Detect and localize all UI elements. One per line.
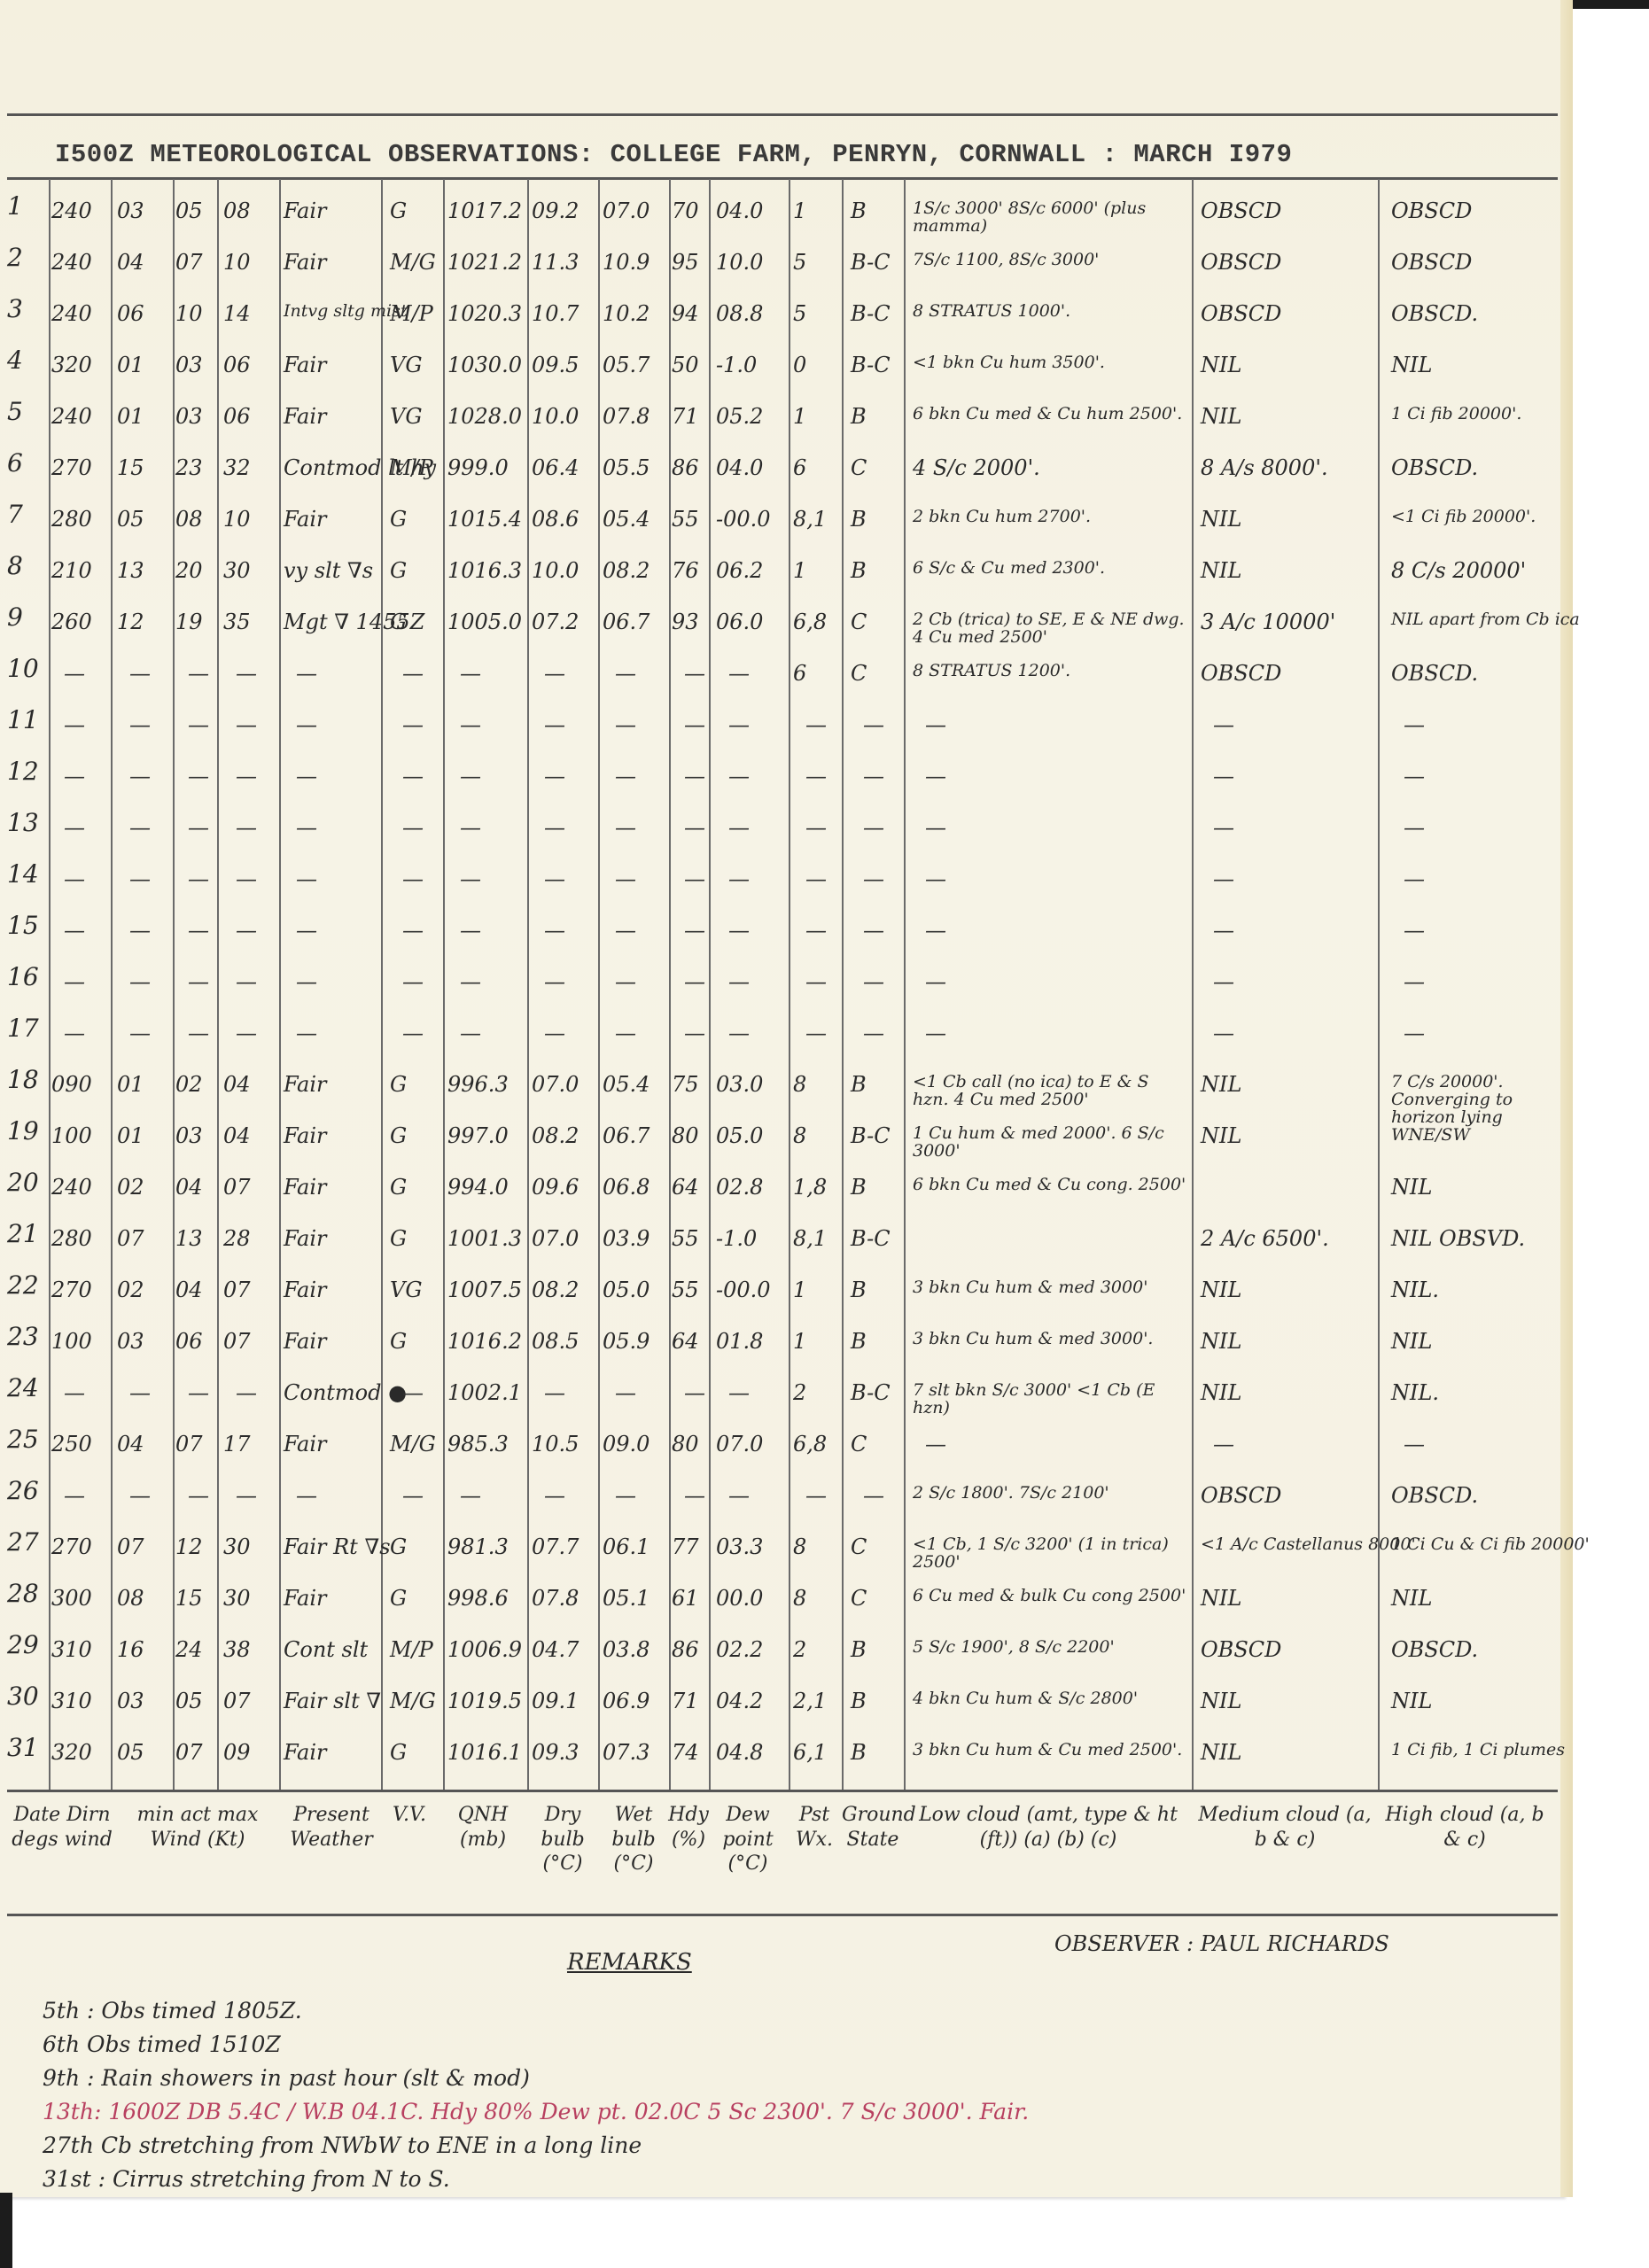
cell-med: NIL — [1201, 354, 1241, 377]
cell-dry: 08.6 — [532, 509, 579, 531]
cell-vv: G — [390, 1742, 407, 1764]
cell-dry: 07.0 — [532, 1074, 579, 1096]
cell-wet: 06.8 — [603, 1177, 649, 1199]
cell-high: NIL apart from Cb ica — [1391, 611, 1551, 629]
cell-max: 30 — [223, 560, 251, 582]
remark-line: 5th : Obs timed 1805Z. — [43, 1998, 302, 2023]
row-day: 9 — [7, 602, 43, 632]
cell-wet: 06.7 — [603, 1125, 649, 1147]
column-header-wind: min act max Wind (Kt) — [113, 1803, 282, 1852]
cell-pst: 8 — [793, 1588, 806, 1610]
cell-wx: Intvg sltg mist — [284, 303, 407, 321]
cell-hdy: 61 — [672, 1588, 699, 1610]
cell-act: — — [188, 1022, 209, 1045]
column-rule — [789, 179, 790, 1791]
cell-med: OBSCD — [1201, 200, 1281, 222]
cell-med: NIL — [1201, 1382, 1241, 1404]
cell-low: 2 S/c 1800'. 7S/c 2100' — [913, 1485, 1109, 1503]
column-rule — [443, 179, 445, 1791]
cell-dew: 06.2 — [716, 560, 763, 582]
column-rule — [527, 179, 529, 1791]
row-day: 12 — [7, 757, 43, 786]
cell-med: — — [1213, 1433, 1234, 1456]
cell-wet: 05.9 — [603, 1331, 649, 1353]
cell-hdy: 71 — [672, 406, 699, 428]
cell-vv: VG — [390, 406, 423, 428]
cell-dew: — — [728, 714, 750, 736]
cell-dry: 10.5 — [532, 1433, 579, 1456]
cell-high: OBSCD. — [1391, 1485, 1478, 1507]
cell-low: — — [925, 868, 946, 890]
cell-wet: 05.4 — [603, 509, 649, 531]
cell-min: — — [129, 868, 151, 890]
cell-high: 7 C/s 20000'. Converging to horizon lyin… — [1391, 1074, 1551, 1145]
cell-vv: M/G — [390, 252, 436, 274]
cell-med: OBSCD — [1201, 1639, 1281, 1661]
cell-min: — — [129, 920, 151, 942]
cell-vv: — — [402, 817, 424, 839]
cell-qnh: 1001.3 — [447, 1228, 522, 1250]
cell-wx: Fair — [284, 1125, 326, 1147]
cell-qnh: 999.0 — [447, 457, 509, 479]
cell-wx: Fair Rt ∇s — [284, 1536, 391, 1558]
cell-gs: — — [863, 868, 884, 890]
cell-dew: — — [728, 765, 750, 788]
cell-vv: — — [402, 868, 424, 890]
cell-gs: B-C — [851, 303, 891, 325]
cell-gs: C — [851, 611, 867, 633]
cell-max: 07 — [223, 1331, 251, 1353]
top-rule — [7, 113, 1558, 116]
scan-border-bottom — [0, 2193, 12, 2268]
cell-act: — — [188, 1382, 209, 1404]
cell-dry: 09.2 — [532, 200, 579, 222]
cell-vv: G — [390, 1228, 407, 1250]
column-rule — [49, 179, 51, 1791]
cell-wet: 05.4 — [603, 1074, 649, 1096]
cell-hdy: — — [684, 868, 705, 890]
cell-act: 08 — [175, 509, 203, 531]
cell-dew: 05.2 — [716, 406, 763, 428]
cell-high: NIL OBSVD. — [1391, 1228, 1525, 1250]
cell-pst: 6,8 — [793, 611, 827, 633]
cell-wet: — — [615, 714, 636, 736]
column-rule — [709, 179, 711, 1791]
cell-med: NIL — [1201, 1690, 1241, 1713]
column-header-low: Low cloud (amt, type & ht (ft)) (a) (b) … — [907, 1803, 1189, 1852]
cell-qnh: 1016.1 — [447, 1742, 522, 1764]
cell-med: OBSCD — [1201, 252, 1281, 274]
row-day: 18 — [7, 1065, 43, 1094]
remark-line: 9th : Rain showers in past hour (slt & m… — [43, 2065, 530, 2091]
cell-wx: Fair — [284, 1228, 326, 1250]
cell-qnh: 1005.0 — [447, 611, 522, 633]
cell-gs: B — [851, 200, 867, 222]
cell-dir: — — [64, 714, 85, 736]
cell-act: — — [188, 920, 209, 942]
cell-hdy: — — [684, 1485, 705, 1507]
cell-max: 17 — [223, 1433, 251, 1456]
cell-max: 04 — [223, 1125, 251, 1147]
cell-qnh: 981.3 — [447, 1536, 509, 1558]
row-day: 28 — [7, 1579, 43, 1608]
cell-min: — — [129, 1382, 151, 1404]
cell-min: 07 — [117, 1228, 144, 1250]
cell-vv: G — [390, 1074, 407, 1096]
cell-act: 12 — [175, 1536, 203, 1558]
cell-dew: — — [728, 971, 750, 993]
cell-act: — — [188, 663, 209, 685]
cell-gs: B-C — [851, 1125, 891, 1147]
cell-dir: 320 — [51, 1742, 92, 1764]
cell-wx: Fair — [284, 1588, 326, 1610]
cell-act: — — [188, 868, 209, 890]
cell-med: NIL — [1201, 406, 1241, 428]
column-rule — [111, 179, 113, 1791]
remark-line: 27th Cb stretching from NWbW to ENE in a… — [43, 2132, 642, 2158]
cell-vv: — — [402, 971, 424, 993]
column-header-qnh: QNH (mb) — [443, 1803, 523, 1852]
cell-wet: — — [615, 868, 636, 890]
cell-wet: 05.7 — [603, 354, 649, 377]
cell-wx: Fair — [284, 1177, 326, 1199]
cell-dew: — — [728, 920, 750, 942]
cell-min: 01 — [117, 1074, 144, 1096]
cell-high: NIL. — [1391, 1382, 1439, 1404]
cell-max: 08 — [223, 200, 251, 222]
cell-dew: 02.2 — [716, 1639, 763, 1661]
cell-max: 07 — [223, 1279, 251, 1301]
row-day: 25 — [7, 1425, 43, 1454]
column-rule — [1192, 179, 1194, 1791]
cell-min: 08 — [117, 1588, 144, 1610]
column-header-hdy: Hdy (%) — [668, 1803, 709, 1852]
cell-wet: 06.9 — [603, 1690, 649, 1713]
cell-min: — — [129, 765, 151, 788]
cell-hdy: 70 — [672, 200, 699, 222]
cell-min: — — [129, 971, 151, 993]
row-day: 6 — [7, 448, 43, 478]
cell-hdy: — — [684, 663, 705, 685]
cell-max: — — [236, 971, 257, 993]
cell-low: 3 bkn Cu hum & med 3000'. — [913, 1331, 1153, 1348]
cell-low: 1 Cu hum & med 2000'. 6 S/c 3000' — [913, 1125, 1187, 1161]
cell-gs: B — [851, 1639, 867, 1661]
remark-line: 6th Obs timed 1510Z — [43, 2031, 281, 2057]
cell-med: — — [1213, 920, 1234, 942]
cell-med: NIL — [1201, 1331, 1241, 1353]
cell-min: 03 — [117, 200, 144, 222]
row-day: 19 — [7, 1116, 43, 1146]
cell-wet: — — [615, 920, 636, 942]
cell-wet: — — [615, 1485, 636, 1507]
cell-vv: — — [402, 714, 424, 736]
cell-dir: — — [64, 765, 85, 788]
cell-act: 05 — [175, 1690, 203, 1713]
cell-min: 15 — [117, 457, 144, 479]
cell-dew: 04.2 — [716, 1690, 763, 1713]
cell-med: — — [1213, 714, 1234, 736]
cell-wet: 10.9 — [603, 252, 649, 274]
cell-max: 30 — [223, 1588, 251, 1610]
cell-pst: — — [805, 817, 827, 839]
cell-hdy: 55 — [672, 1279, 699, 1301]
cell-dew: 10.0 — [716, 252, 763, 274]
cell-act: 05 — [175, 200, 203, 222]
column-header-high: High cloud (a, b & c) — [1381, 1803, 1549, 1852]
cell-dry: 08.2 — [532, 1279, 579, 1301]
cell-med: OBSCD — [1201, 663, 1281, 685]
cell-low: 2 Cb (trica) to SE, E & NE dwg. 4 Cu med… — [913, 611, 1187, 647]
cell-pst: 0 — [793, 354, 806, 377]
cell-max: — — [236, 920, 257, 942]
row-day: 1 — [7, 191, 43, 221]
cell-wet: 05.5 — [603, 457, 649, 479]
cell-gs: C — [851, 457, 867, 479]
cell-low: 3 bkn Cu hum & Cu med 2500'. — [913, 1742, 1182, 1759]
cell-qnh: — — [460, 714, 481, 736]
cell-qnh: 1028.0 — [447, 406, 522, 428]
cell-wx: Fair — [284, 1742, 326, 1764]
observer-name: OBSERVER : PAUL RICHARDS — [1054, 1931, 1389, 1956]
column-header-ground: Ground State — [842, 1803, 904, 1852]
cell-dir: — — [64, 1485, 85, 1507]
cell-qnh: 1015.4 — [447, 509, 522, 531]
cell-max: 32 — [223, 457, 251, 479]
cell-dir: — — [64, 1382, 85, 1404]
cell-wx: — — [296, 1485, 317, 1507]
cell-low: 4 bkn Cu hum & S/c 2800' — [913, 1690, 1138, 1708]
cell-qnh: — — [460, 765, 481, 788]
cell-low: 6 S/c & Cu med 2300'. — [913, 560, 1105, 578]
cell-max: — — [236, 868, 257, 890]
cell-dry: — — [544, 663, 565, 685]
row-day: 24 — [7, 1373, 43, 1402]
cell-hdy: 93 — [672, 611, 699, 633]
cell-dry: — — [544, 920, 565, 942]
cell-gs: C — [851, 663, 867, 685]
cell-min: — — [129, 714, 151, 736]
cell-gs: — — [863, 971, 884, 993]
cell-min: 03 — [117, 1331, 144, 1353]
cell-dry: 04.7 — [532, 1639, 579, 1661]
cell-qnh: 996.3 — [447, 1074, 509, 1096]
cell-med: <1 A/c Castellanus 8000' — [1201, 1536, 1378, 1554]
row-day: 23 — [7, 1322, 43, 1351]
cell-high: <1 Ci fib 20000'. — [1391, 509, 1536, 526]
cell-vv: — — [402, 663, 424, 685]
cell-dry: 10.0 — [532, 560, 579, 582]
cell-gs: B — [851, 1279, 867, 1301]
cell-pst: 5 — [793, 252, 806, 274]
cell-pst: 1,8 — [793, 1177, 827, 1199]
cell-pst: 2,1 — [793, 1690, 827, 1713]
cell-hdy: — — [684, 1022, 705, 1045]
cell-pst: 6,1 — [793, 1742, 827, 1764]
cell-qnh: 1017.2 — [447, 200, 522, 222]
cell-hdy: 86 — [672, 1639, 699, 1661]
cell-max: — — [236, 765, 257, 788]
cell-med: OBSCD — [1201, 1485, 1281, 1507]
cell-high: NIL — [1391, 1588, 1432, 1610]
observation-sheet: I500Z METEOROLOGICAL OBSERVATIONS: COLLE… — [0, 0, 1564, 2197]
row-day: 4 — [7, 346, 43, 375]
cell-high: NIL — [1391, 354, 1432, 377]
cell-high: — — [1404, 817, 1425, 839]
cell-act: 03 — [175, 354, 203, 377]
cell-wx: — — [296, 1022, 317, 1045]
cell-dew: -00.0 — [716, 1279, 771, 1301]
cell-hdy: 55 — [672, 1228, 699, 1250]
cell-hdy: — — [684, 817, 705, 839]
cell-max: 14 — [223, 303, 251, 325]
row-day: 29 — [7, 1630, 43, 1659]
cell-pst: 1 — [793, 200, 806, 222]
row-day: 30 — [7, 1682, 43, 1711]
cell-low: 7 slt bkn S/c 3000' <1 Cb (E hzn) — [913, 1382, 1187, 1417]
column-header-medium: Medium cloud (a, b & c) — [1194, 1803, 1375, 1852]
cell-act: — — [188, 817, 209, 839]
cell-high: OBSCD. — [1391, 457, 1478, 479]
column-rule — [669, 179, 671, 1791]
cell-vv: VG — [390, 354, 423, 377]
cell-wet: — — [615, 971, 636, 993]
cell-dir: — — [64, 920, 85, 942]
cell-vv: — — [402, 920, 424, 942]
cell-dir: — — [64, 663, 85, 685]
cell-dir: 270 — [51, 1536, 92, 1558]
cell-dew: 04.8 — [716, 1742, 763, 1764]
cell-dew: 04.0 — [716, 200, 763, 222]
cell-max: — — [236, 663, 257, 685]
cell-wx: Cont slt — [284, 1639, 368, 1661]
cell-pst: 6 — [793, 663, 806, 685]
cell-wx: Fair — [284, 1074, 326, 1096]
cell-dir: 240 — [51, 200, 92, 222]
cell-gs: C — [851, 1588, 867, 1610]
cell-min: 02 — [117, 1177, 144, 1199]
cell-high: — — [1404, 765, 1425, 788]
cell-act: 04 — [175, 1177, 203, 1199]
cell-gs: — — [863, 1022, 884, 1045]
cell-hdy: 86 — [672, 457, 699, 479]
cell-min: 04 — [117, 252, 144, 274]
cell-max: 07 — [223, 1177, 251, 1199]
cell-wx: Fair — [284, 1331, 326, 1353]
cell-high: 1 Ci Cu & Ci fib 20000' — [1391, 1536, 1551, 1554]
cell-med: 2 A/c 6500'. — [1201, 1228, 1329, 1250]
cell-med: NIL — [1201, 1742, 1241, 1764]
cell-dew: 05.0 — [716, 1125, 763, 1147]
cell-pst: 8 — [793, 1074, 806, 1096]
cell-wx: Fair — [284, 252, 326, 274]
cell-min: 01 — [117, 354, 144, 377]
column-header-dry: Dry bulb (°C) — [528, 1803, 597, 1876]
cell-pst: 1 — [793, 406, 806, 428]
row-day: 17 — [7, 1014, 43, 1043]
cell-dew: 07.0 — [716, 1433, 763, 1456]
cell-hdy: — — [684, 765, 705, 788]
column-rule — [842, 179, 844, 1791]
cell-qnh: 994.0 — [447, 1177, 509, 1199]
cell-vv: G — [390, 1588, 407, 1610]
cell-act: 07 — [175, 1433, 203, 1456]
table-bottom-rule — [7, 1790, 1558, 1792]
cell-dry: 07.2 — [532, 611, 579, 633]
cell-dir: 300 — [51, 1588, 92, 1610]
cell-dew: — — [728, 817, 750, 839]
cell-low: 7S/c 1100, 8S/c 3000' — [913, 252, 1099, 269]
cell-wx: — — [296, 817, 317, 839]
cell-act: 04 — [175, 1279, 203, 1301]
cell-low: — — [925, 1022, 946, 1045]
cell-dir: — — [64, 868, 85, 890]
cell-high: — — [1404, 971, 1425, 993]
cell-dir: 280 — [51, 1228, 92, 1250]
cell-dry: 07.7 — [532, 1536, 579, 1558]
cell-hdy: — — [684, 1382, 705, 1404]
cell-min: 05 — [117, 1742, 144, 1764]
cell-max: — — [236, 817, 257, 839]
cell-med: NIL — [1201, 1279, 1241, 1301]
cell-med: — — [1213, 868, 1234, 890]
cell-med: NIL — [1201, 1588, 1241, 1610]
cell-max: 06 — [223, 406, 251, 428]
cell-act: 20 — [175, 560, 203, 582]
cell-vv: G — [390, 1331, 407, 1353]
cell-dir: 310 — [51, 1639, 92, 1661]
row-day: 11 — [7, 705, 43, 734]
cell-low: — — [925, 1433, 946, 1456]
cell-wet: 06.7 — [603, 611, 649, 633]
cell-vv: M/G — [390, 1690, 436, 1713]
cell-pst: 1 — [793, 560, 806, 582]
cell-min: — — [129, 663, 151, 685]
paper-edge — [1560, 0, 1573, 2197]
cell-dry: 07.8 — [532, 1588, 579, 1610]
cell-min: 02 — [117, 1279, 144, 1301]
cell-vv: G — [390, 1177, 407, 1199]
cell-wx: — — [296, 714, 317, 736]
cell-gs: B — [851, 406, 867, 428]
cell-max: 07 — [223, 1690, 251, 1713]
cell-wx: Fair — [284, 406, 326, 428]
cell-vv: — — [402, 1022, 424, 1045]
cell-dir: 270 — [51, 457, 92, 479]
cell-act: — — [188, 714, 209, 736]
cell-dew: — — [728, 1382, 750, 1404]
cell-min: 01 — [117, 406, 144, 428]
cell-dew: 04.0 — [716, 457, 763, 479]
column-header-wet: Wet bulb (°C) — [599, 1803, 668, 1876]
cell-qnh: 1016.2 — [447, 1331, 522, 1353]
cell-wet: 07.3 — [603, 1742, 649, 1764]
cell-wet: 10.2 — [603, 303, 649, 325]
cell-med: — — [1213, 817, 1234, 839]
cell-pst: — — [805, 920, 827, 942]
sheet-title: I500Z METEOROLOGICAL OBSERVATIONS: COLLE… — [55, 140, 1384, 169]
cell-wet: 09.0 — [603, 1433, 649, 1456]
column-header-vv: V.V. — [383, 1803, 436, 1828]
cell-qnh: 1021.2 — [447, 252, 522, 274]
cell-high: OBSCD. — [1391, 303, 1478, 325]
cell-wet: 08.2 — [603, 560, 649, 582]
cell-dry: 09.5 — [532, 354, 579, 377]
cell-qnh: — — [460, 1022, 481, 1045]
cell-dir: — — [64, 1022, 85, 1045]
cell-gs: — — [863, 714, 884, 736]
cell-act: 03 — [175, 1125, 203, 1147]
